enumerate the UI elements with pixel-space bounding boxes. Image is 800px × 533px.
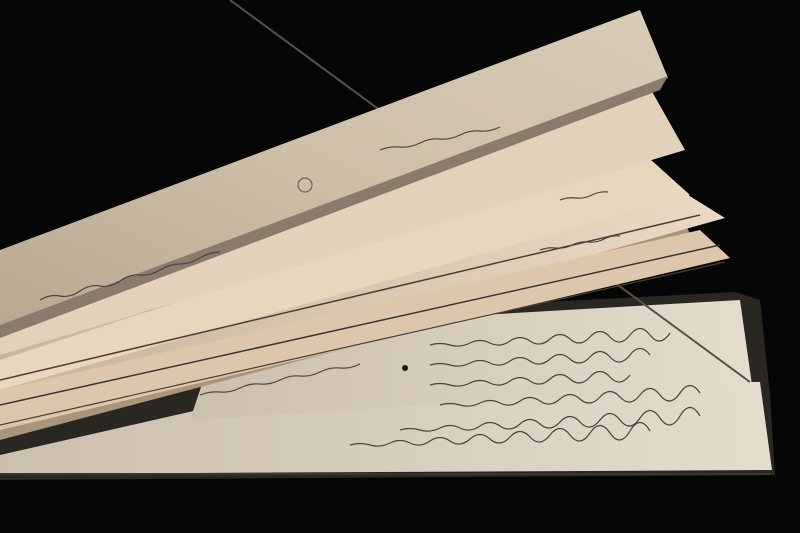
binding-hole — [402, 365, 408, 371]
photo-scene: Stack of fanned-out palm-leaf manuscript… — [0, 0, 800, 533]
manuscript-illustration — [0, 0, 800, 533]
